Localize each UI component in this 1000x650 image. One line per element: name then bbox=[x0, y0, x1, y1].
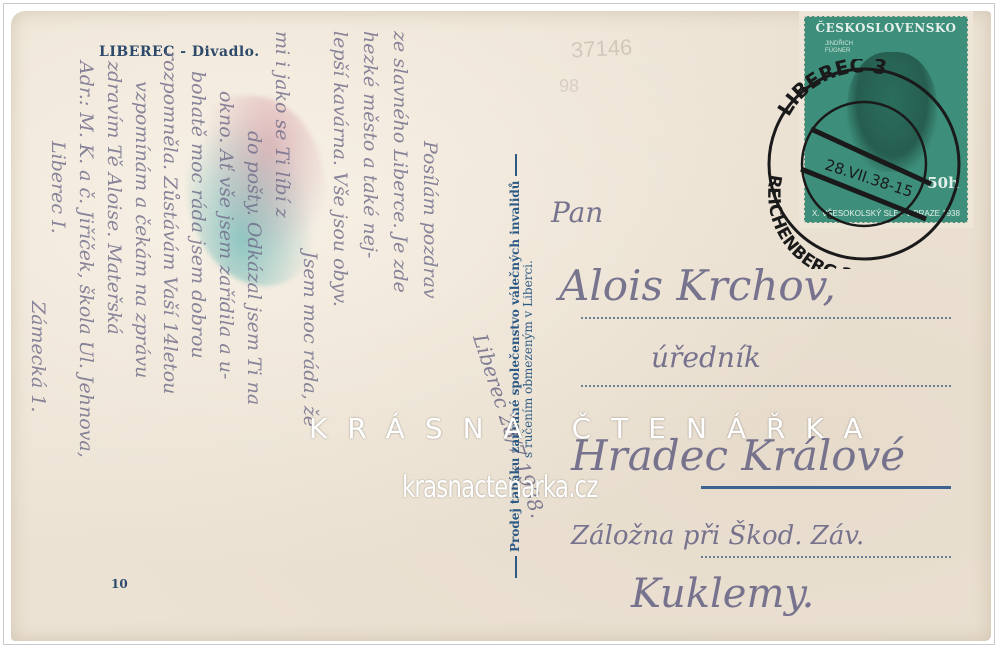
postmark-letter: c bbox=[826, 207, 834, 223]
address-title: úředník bbox=[651, 341, 761, 374]
watermark-title: KRÁSNÁ ČTENÁŘKA bbox=[309, 412, 883, 445]
postmark: LIBEREC 3 REICHENBERG 3 28.VII.38-15 c bbox=[756, 59, 971, 269]
stamp-portrait-caption: JINDŘICH FÜGNER bbox=[825, 41, 865, 55]
pencil-note-small: 98 bbox=[559, 76, 579, 97]
postcard: LIBEREC - Divadlo. 37146 98 Posílám pozd… bbox=[11, 11, 991, 641]
watermark-url: krasnactenarka.cz bbox=[402, 470, 597, 505]
address-institution: Záložna při Škod. Záv. bbox=[571, 521, 864, 551]
address-line-4 bbox=[701, 556, 951, 558]
address-line-1 bbox=[581, 317, 951, 319]
address-salutation: Pan bbox=[551, 196, 603, 229]
message-line: Liberec I. bbox=[47, 141, 69, 234]
message-line: Zámecká 1. bbox=[27, 301, 49, 412]
page-number: 10 bbox=[111, 577, 128, 591]
image-frame: LIBEREC - Divadlo. 37146 98 Posílám pozd… bbox=[3, 3, 995, 645]
handwritten-message: Posílám pozdrav ze slavného Liberce. Je … bbox=[31, 31, 511, 631]
pencil-note-number: 37146 bbox=[570, 34, 632, 63]
address-line-2 bbox=[581, 385, 951, 387]
stamp-country: ČESKOSLOVENSKO bbox=[805, 21, 967, 35]
address-line-3 bbox=[701, 486, 951, 489]
address-district: Kuklemy. bbox=[631, 571, 814, 617]
